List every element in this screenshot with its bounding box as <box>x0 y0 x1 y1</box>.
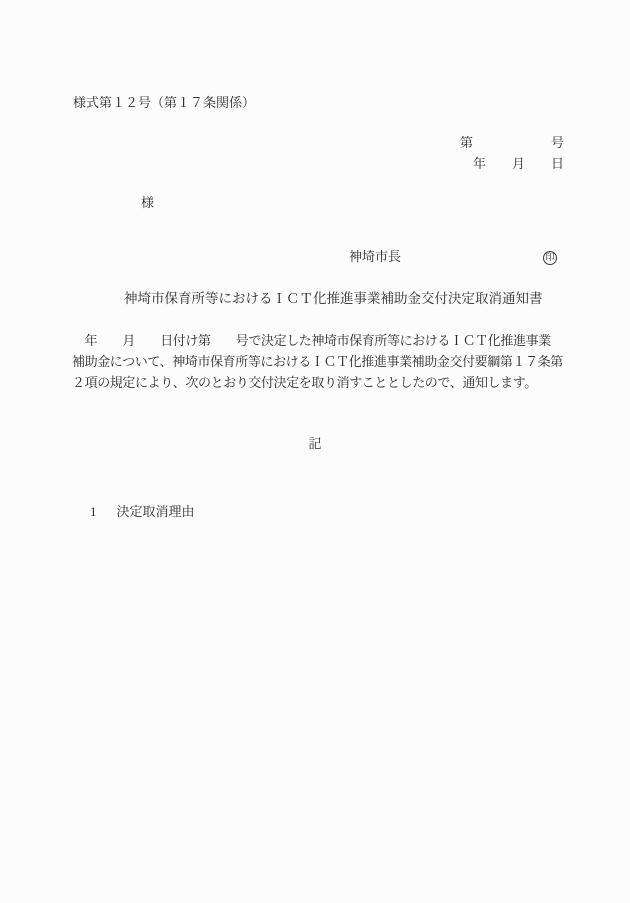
form-number: 様式第１２号（第１７条関係） <box>73 96 255 109</box>
document-page: 様式第１２号（第１７条関係） 第 号 年 月 日 様 神埼市長印 神埼市保育所等… <box>0 0 630 903</box>
record-marker: 記 <box>0 437 630 450</box>
list-item-1: 1決定取消理由 <box>77 492 195 531</box>
date-line: 年 月 日 <box>473 157 564 170</box>
document-title: 神埼市保育所等におけるＩＣＴ化推進事業補助金交付決定取消通知書 <box>124 292 543 306</box>
body-line-1: 年 月 日付け第 号で決定した神埼市保育所等におけるＩＣＴ化推進事業 <box>72 330 572 351</box>
sender-line: 神埼市長印 <box>336 237 557 279</box>
seal-mark-icon: 印 <box>543 251 557 265</box>
item-label: 決定取消理由 <box>117 504 195 519</box>
body-line-3: ２項の規定により、次のとおり交付決定を取り消すこととしたので、通知します。 <box>72 372 572 393</box>
item-number: 1 <box>90 504 97 519</box>
body-paragraph: 年 月 日付け第 号で決定した神埼市保育所等におけるＩＣＴ化推進事業 補助金につ… <box>72 330 572 393</box>
document-number-line: 第 号 <box>460 136 564 149</box>
addressee-suffix: 様 <box>141 196 154 209</box>
sender-name: 神埼市長 <box>349 249 401 264</box>
body-line-2: 補助金について、神埼市保育所等におけるＩＣＴ化推進事業補助金交付要綱第１７条第 <box>72 351 572 372</box>
